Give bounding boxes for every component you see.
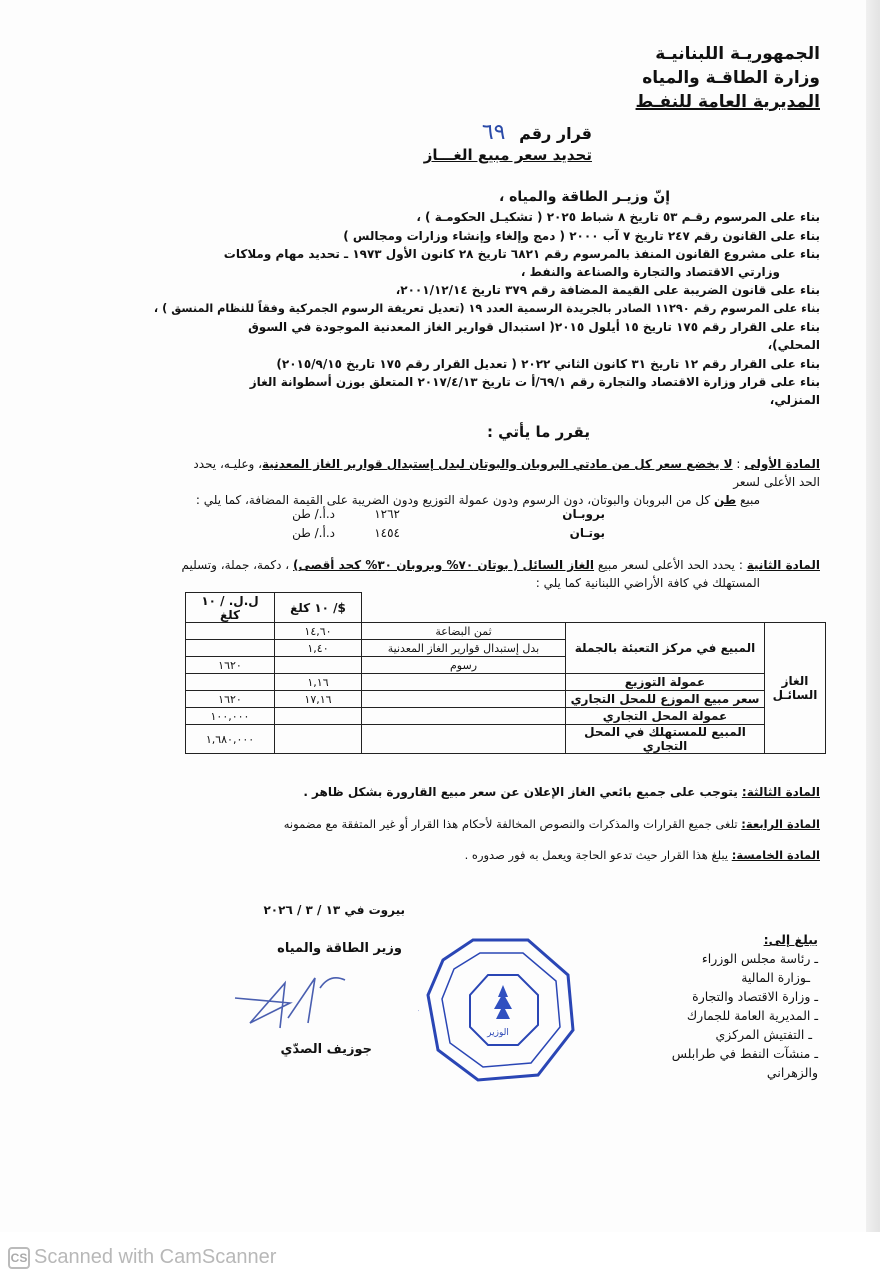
article-2-line-1: المادة الثانية : يحدد الحد الأعلى لسعر م… xyxy=(180,556,820,574)
article-1-sep: : xyxy=(733,457,745,471)
camscanner-logo-icon: CS xyxy=(8,1247,30,1269)
preamble-line: بناء على المرسوم رقـم ٥٣ تاريخ ٨ شباط ٢٠… xyxy=(220,208,820,226)
copies-item: ـ وزارة الاقتصاد والتجارة xyxy=(618,987,818,1006)
document-page: الجمهوريـة اللبنانيـة وزارة الطاقـة والم… xyxy=(0,0,880,1232)
camscanner-text: Scanned with CamScanner xyxy=(34,1246,276,1269)
cell-usd: ١٤,٦٠ xyxy=(275,623,362,640)
table-row: عمولة المحل التجاري ١٠٠,٠٠٠ xyxy=(186,708,826,725)
copies-list: يبلغ إلى: ـ رئاسة مجلس الوزراء ـوزارة ال… xyxy=(618,930,818,1082)
row-label: عمولة التوزيع xyxy=(566,674,765,691)
cell-lbp xyxy=(186,623,275,640)
preamble: إنّ وزيـر الطاقة والمياه ، بناء على المر… xyxy=(220,188,820,410)
copies-item: ـ المديرية العامة للجمارك xyxy=(618,1006,818,1025)
preamble-line: بناء على المرسوم رقم ١١٢٩٠ الصادر بالجري… xyxy=(220,300,820,318)
category-cell: الغاز السائـل xyxy=(765,623,826,754)
article-2-label: المادة الثانية xyxy=(747,558,820,572)
cell-usd: ١,٤٠ xyxy=(275,640,362,657)
cell-lbp: ١,٦٨٠,٠٠٠ xyxy=(186,725,275,754)
article-4: المادة الرابعة: تلغى جميع القرارات والمذ… xyxy=(284,817,820,831)
camscanner-watermark: CS Scanned with CamScanner xyxy=(8,1246,276,1269)
table-header-row: $/ ١٠ كلغ ل.ل. / ١٠ كلغ xyxy=(186,593,826,623)
copies-title: يبلغ إلى: xyxy=(618,930,818,949)
price-name-butane: بوتـان xyxy=(545,524,605,542)
article-1-ton: طن xyxy=(714,493,736,507)
price-value-propane: ١٢٦٢ xyxy=(340,505,400,523)
page-edge xyxy=(866,0,880,1232)
price-unit-propane: د.أ./ طن xyxy=(285,505,335,523)
decision-label: قرار رقم xyxy=(519,124,592,143)
row-label: سعر مبيع الموزع للمحل التجاري xyxy=(566,691,765,708)
article-1-line-1: المادة الأولى : لا يخضع سعر كل من مادتي … xyxy=(180,455,820,491)
preamble-line: بناء على قرار وزارة الاقتصاد والتجارة رق… xyxy=(220,373,820,410)
article-5-text: يبلغ هذا القرار حيث تدعو الحاجة ويعمل به… xyxy=(465,848,732,862)
place-date: بيروت في ١٣ / ٣ / ٢٠٢٦ xyxy=(263,903,405,917)
cell-lbp xyxy=(186,674,275,691)
letterhead-ministry: وزارة الطاقـة والمياه xyxy=(636,66,820,90)
letterhead-republic: الجمهوريـة اللبنانيـة xyxy=(636,42,820,66)
preamble-intro: إنّ وزيـر الطاقة والمياه ، xyxy=(220,188,820,206)
cell-usd: ١٧,١٦ xyxy=(275,691,362,708)
cell-usd xyxy=(275,725,362,754)
article-1: المادة الأولى : لا يخضع سعر كل من مادتي … xyxy=(180,455,820,509)
letterhead-directorate: المديرية العامة للنفـط xyxy=(636,90,820,114)
preamble-line: بناء على القانون رقم ٢٤٧ تاريخ ٧ آب ٢٠٠٠… xyxy=(220,227,820,245)
table-row: سعر مبيع الموزع للمحل التجاري ١٧,١٦ ١٦٢٠ xyxy=(186,691,826,708)
cell-usd: ١,١٦ xyxy=(275,674,362,691)
article-4-label: المادة الرابعة: xyxy=(741,817,820,831)
copies-item: ـ التفتيش المركزي xyxy=(618,1025,818,1044)
decides-heading: يقرر ما يأتي : xyxy=(487,423,590,441)
article-1-line-2: مبيع طن كل من البروبان والبوتان، دون الر… xyxy=(180,491,820,509)
article-3-text: يتوجب على جميع بائعي الغاز الإعلان عن سع… xyxy=(303,785,742,799)
cell-lbp: ١٠٠,٠٠٠ xyxy=(186,708,275,725)
header-lbp: ل.ل. / ١٠ كلغ xyxy=(186,593,275,623)
article-2-text: : يحدد الحد الأعلى لسعر مبيع xyxy=(594,558,747,572)
article-2-line-2: المستهلك في كافة الأراضي اللبنانية كما ي… xyxy=(180,574,820,592)
copies-item: ـوزارة المالية xyxy=(618,968,818,987)
signature-icon xyxy=(230,968,370,1038)
header-usd: $/ ١٠ كلغ xyxy=(275,593,362,623)
row-label: المبيع للمستهلك في المحل التجاري xyxy=(566,725,765,754)
table-row: الغاز السائـل المبيع في مركز التعبئة بال… xyxy=(186,623,826,640)
table-row: عمولة التوزيع ١,١٦ xyxy=(186,674,826,691)
row-label: عمولة المحل التجاري xyxy=(566,708,765,725)
article-3: المادة الثالثة: يتوجب على جميع بائعي الغ… xyxy=(303,785,820,799)
preamble-line: بناء على القرار رقم ١٢ تاريخ ٣١ كانون ال… xyxy=(220,355,820,373)
copies-item: ـ رئاسة مجلس الوزراء xyxy=(618,949,818,968)
article-2: المادة الثانية : يحدد الحد الأعلى لسعر م… xyxy=(180,556,820,592)
cell-lbp: ١٦٢٠ xyxy=(186,657,275,674)
price-unit-butane: د.أ./ طن xyxy=(285,524,335,542)
price-name-propane: بروبـان xyxy=(545,505,605,523)
cell-lbp: ١٦٢٠ xyxy=(186,691,275,708)
minister-title: وزير الطاقة والمياه xyxy=(277,941,402,956)
copies-item: ـ منشآت النفط في طرابلس والزهراني xyxy=(618,1044,818,1082)
group-label-cell: المبيع في مركز التعبئة بالجملة xyxy=(566,623,765,674)
article-1-line2-rest: كل من البروبان والبوتان، دون الرسوم ودون… xyxy=(196,493,714,507)
article-2-text-2: ، دكمة، جملة، وتسليم xyxy=(182,558,294,572)
decision-number: ٦٩ xyxy=(482,120,506,145)
official-stamp-icon: الوزير xyxy=(418,935,578,1085)
svg-text:الوزير: الوزير xyxy=(486,1028,509,1038)
price-table: $/ ١٠ كلغ ل.ل. / ١٠ كلغ الغاز السائـل ال… xyxy=(185,592,826,754)
article-4-text: تلغى جميع القرارات والمذكرات والنصوص الم… xyxy=(284,817,742,831)
article-1-line2-start: مبيع xyxy=(736,493,760,507)
cell-usd xyxy=(275,657,362,674)
row-label: رسوم xyxy=(362,657,566,674)
price-value-butane: ١٤٥٤ xyxy=(340,524,400,542)
preamble-line: بناء على مشروع القانون المنفذ بالمرسوم ر… xyxy=(220,245,820,263)
letterhead: الجمهوريـة اللبنانيـة وزارة الطاقـة والم… xyxy=(636,42,820,114)
article-5-label: المادة الخامسة: xyxy=(732,848,820,862)
article-1-label: المادة الأولى xyxy=(744,457,820,471)
article-5: المادة الخامسة: يبلغ هذا القرار حيث تدعو… xyxy=(465,848,820,862)
preamble-line: بناء على القرار رقم ١٧٥ تاريخ ١٥ أيلول ٢… xyxy=(220,318,820,355)
preamble-line: بناء على قانون الضريبة على القيمة المضاف… xyxy=(220,281,820,299)
article-2-bold: الغاز السائل ( بوتان ٧٠% وبروبان ٣٠% كحد… xyxy=(293,558,594,572)
cell-lbp xyxy=(186,640,275,657)
row-label: ثمن البضاعة xyxy=(362,623,566,640)
article-3-label: المادة الثالثة: xyxy=(742,785,820,799)
decision-subject: تحديد سعر مبيع الغـــاز xyxy=(424,146,592,164)
article-1-bold: لا يخضع سعر كل من مادتي البروبان والبوتا… xyxy=(262,457,733,471)
decision-title: قرار رقم ٦٩ xyxy=(482,120,592,145)
minister-name: جوزيف الصدّي xyxy=(281,1042,372,1057)
table-row: المبيع للمستهلك في المحل التجاري ١,٦٨٠,٠… xyxy=(186,725,826,754)
row-label: بدل إستبدال قوارير الغاز المعدنية xyxy=(362,640,566,657)
preamble-line: وزارتي الاقتصاد والتجارة والصناعة والنفط… xyxy=(220,263,820,281)
cell-usd xyxy=(275,708,362,725)
